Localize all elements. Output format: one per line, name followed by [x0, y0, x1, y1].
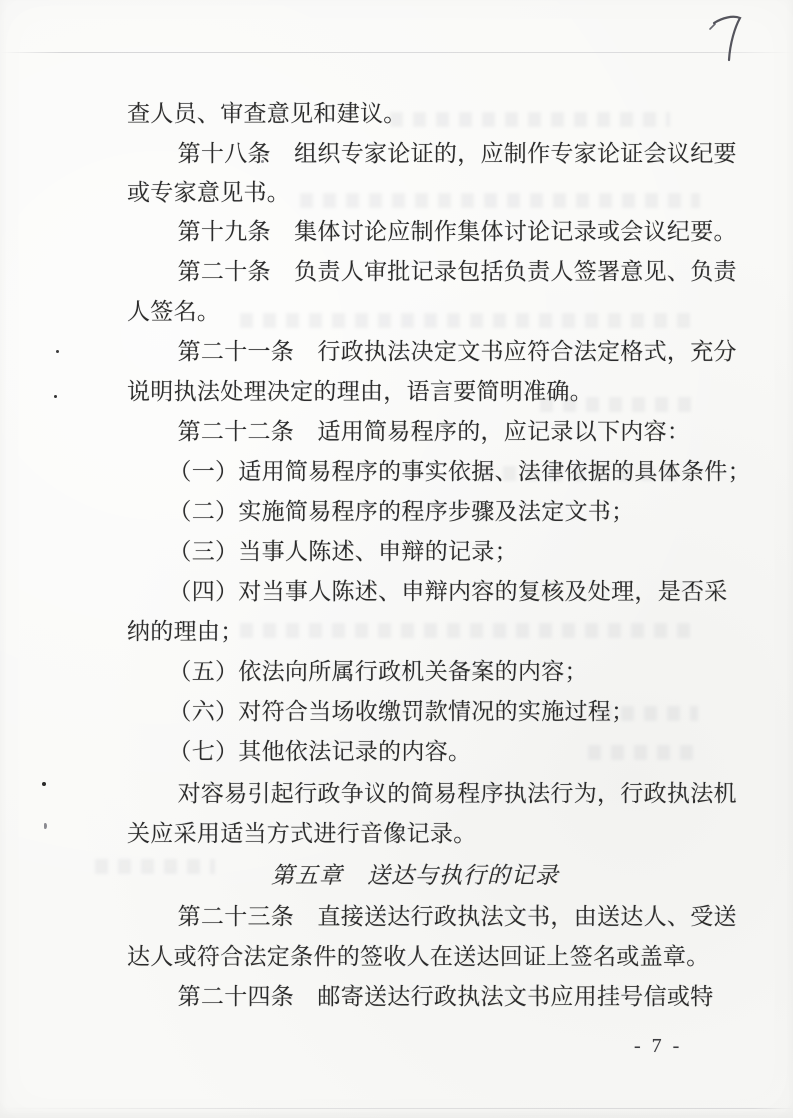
scan-speck	[54, 395, 57, 398]
scanned-document-page: 查人员、审查意见和建议。 第十八条 组织专家论证的，应制作专家论证会议纪要 或专…	[0, 0, 793, 1118]
scan-crease-line	[0, 52, 793, 53]
document-line: 第二十一条 行政执法决定文书应符合法定格式，充分	[127, 337, 727, 367]
document-list-item: （三）当事人陈述、申辩的记录；	[127, 537, 727, 567]
document-line: 达人或符合法定条件的签收人在送达回证上签名或盖章。	[127, 942, 727, 972]
scan-speck	[44, 823, 47, 829]
document-line: 关应采用适当方式进行音像记录。	[127, 819, 727, 849]
document-line: 或专家意见书。	[127, 178, 727, 208]
document-list-item: （二）实施简易程序的程序步骤及法定文书；	[127, 497, 727, 527]
document-list-item: （一）适用简易程序的事实依据、法律依据的具体条件；	[127, 457, 727, 487]
document-line: 对容易引起行政争议的简易程序执法行为，行政执法机	[127, 779, 727, 809]
document-line: 第十八条 组织专家论证的，应制作专家论证会议纪要	[127, 139, 727, 169]
document-line: 说明执法处理决定的理由，语言要简明准确。	[127, 377, 727, 407]
document-line: 第二十四条 邮寄送达行政执法文书应用挂号信或特	[127, 982, 727, 1012]
document-list-item: （七）其他依法记录的内容。	[127, 737, 727, 767]
handwritten-page-number	[703, 10, 751, 70]
document-list-item: （五）依法向所属行政机关备案的内容；	[127, 657, 727, 687]
chapter-heading: 第五章 送达与执行的记录	[127, 861, 703, 891]
document-line: 第二十二条 适用简易程序的，应记录以下内容：	[127, 417, 727, 447]
scan-bottom-edge-line	[0, 1108, 793, 1109]
scan-speck	[42, 782, 46, 786]
document-line: 查人员、审查意见和建议。	[127, 99, 727, 129]
document-list-item: （四）对当事人陈述、申辩内容的复核及处理，是否采	[127, 577, 727, 607]
document-line: 人签名。	[127, 297, 727, 327]
document-line: 第二十条 负责人审批记录包括负责人签署意见、负责	[127, 257, 727, 287]
document-line: 第十九条 集体讨论应制作集体讨论记录或会议纪要。	[127, 217, 727, 247]
document-list-item: （六）对符合当场收缴罚款情况的实施过程；	[127, 697, 727, 727]
document-line: 第二十三条 直接送达行政执法文书，由送达人、受送	[127, 902, 727, 932]
document-line: 纳的理由；	[127, 617, 727, 647]
scan-speck	[56, 350, 59, 353]
page-number: - 7 -	[634, 1035, 682, 1058]
